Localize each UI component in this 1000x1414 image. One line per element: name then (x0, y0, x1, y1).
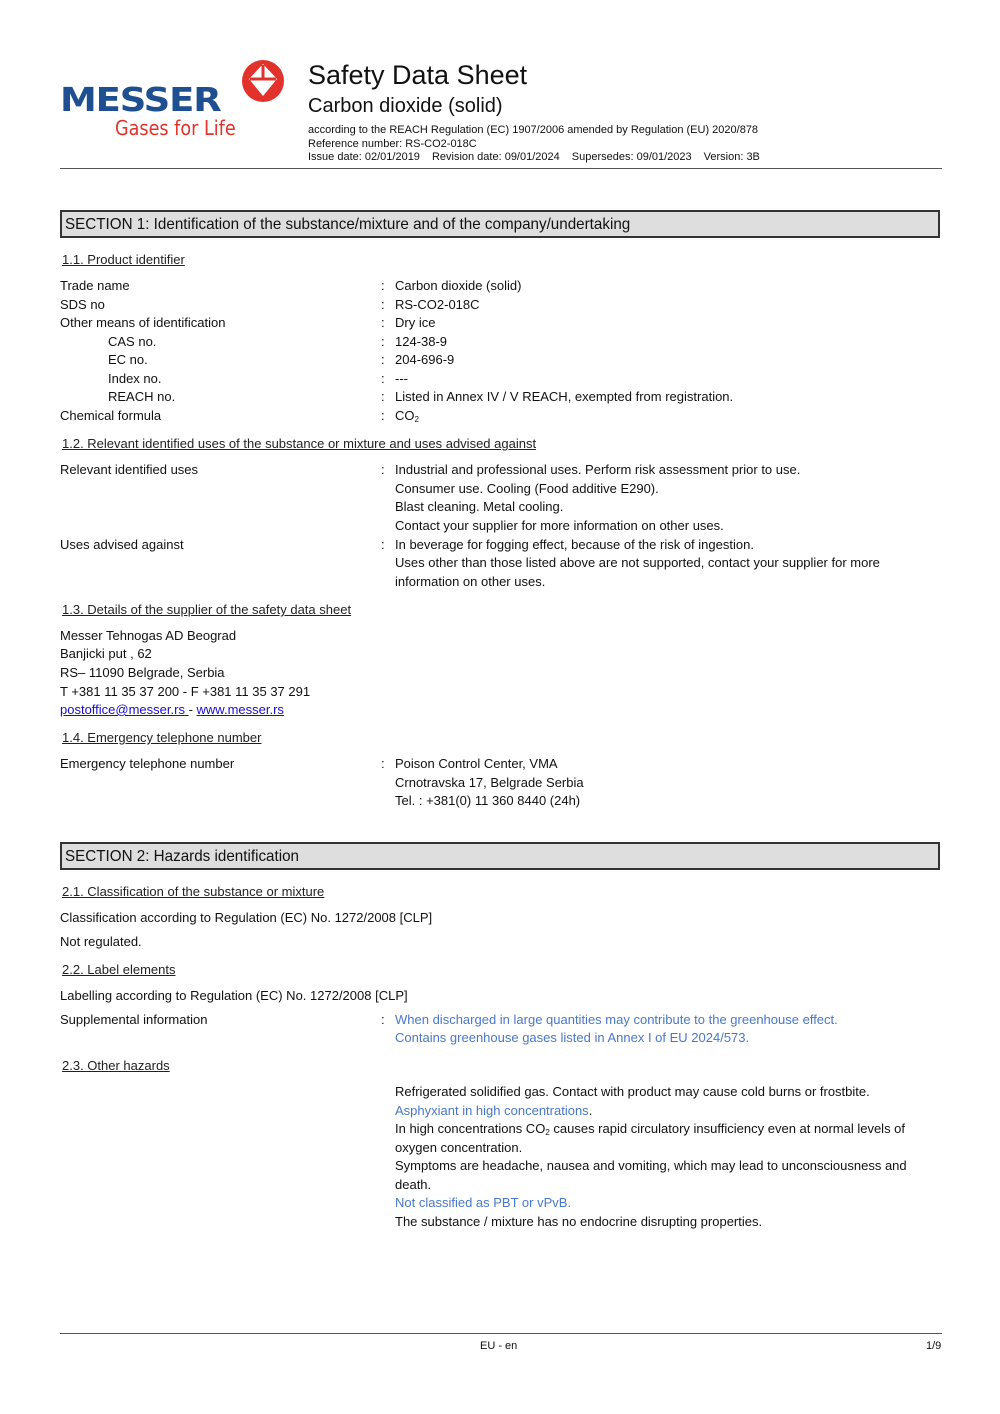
footer-locale: EU - en (480, 1340, 517, 1352)
supersedes: Supersedes: 09/01/2023 (572, 151, 692, 163)
other-hazards-line: Asphyxiant in high concentrations. (395, 1103, 592, 1118)
relevant-uses-label: Relevant identified uses (60, 462, 198, 477)
subsection-1-2-heading: 1.2. Relevant identified uses of the sub… (62, 436, 536, 451)
other-means-value: Dry ice (395, 315, 435, 330)
website-link[interactable]: www.messer.rs (197, 702, 284, 717)
subsection-2-2-heading: 2.2. Label elements (62, 962, 175, 977)
classification-regulation: Classification according to Regulation (… (60, 910, 432, 925)
chemical-formula-value: CO2 (395, 408, 419, 424)
regulation-line: according to the REACH Regulation (EC) 1… (308, 124, 760, 138)
dates-line: Issue date: 02/01/2019Revision date: 09/… (308, 151, 760, 165)
supplier-contacts: postoffice@messer.rs - www.messer.rs (60, 702, 284, 717)
cas-no-value: 124-38-9 (395, 334, 447, 349)
other-hazards-line: The substance / mixture has no endocrine… (395, 1214, 762, 1229)
logo-wordmark: MESSER (60, 80, 221, 119)
subsection-2-1-heading: 2.1. Classification of the substance or … (62, 884, 324, 899)
classification-result: Not regulated. (60, 934, 142, 949)
cas-no-label: CAS no. (108, 334, 156, 349)
document-meta: according to the REACH Regulation (EC) 1… (308, 124, 760, 165)
issue-date: Issue date: 02/01/2019 (308, 151, 420, 163)
supplier-city: RS– 11090 Belgrade, Serbia (60, 665, 225, 680)
other-hazards-line: In high concentrations CO2 causes rapid … (395, 1121, 905, 1137)
logo-tagline: Gases for Life (115, 116, 236, 140)
section-2-header: SECTION 2: Hazards identification (60, 842, 940, 870)
emergency-line: Crnotravska 17, Belgrade Serbia (395, 775, 584, 790)
reach-no-value: Listed in Annex IV / V REACH, exempted f… (395, 389, 733, 404)
relevant-uses-line: Blast cleaning. Metal cooling. (395, 499, 563, 514)
other-hazards-line: death. (395, 1177, 431, 1192)
index-no-label: Index no. (108, 371, 162, 386)
labelling-regulation: Labelling according to Regulation (EC) N… (60, 988, 408, 1003)
page-number: 1/9 (926, 1340, 941, 1352)
other-hazards-line: Not classified as PBT or vPvB. (395, 1195, 571, 1210)
sds-no-value: RS-CO2-018C (395, 297, 480, 312)
index-no-value: --- (395, 371, 408, 386)
supplemental-info-label: Supplemental information (60, 1012, 207, 1027)
supplier-phone-fax: T +381 11 35 37 200 - F +381 11 35 37 29… (60, 684, 310, 699)
supplemental-info-line: When discharged in large quantities may … (395, 1012, 838, 1027)
subsection-1-3-heading: 1.3. Details of the supplier of the safe… (62, 602, 351, 617)
uses-advised-against-line: In beverage for fogging effect, because … (395, 537, 754, 552)
relevant-uses-line: Industrial and professional uses. Perfor… (395, 462, 800, 477)
subsection-1-4-heading: 1.4. Emergency telephone number (62, 730, 261, 745)
other-hazards-line: oxygen concentration. (395, 1140, 522, 1155)
section-1-header: SECTION 1: Identification of the substan… (60, 210, 940, 238)
product-name: Carbon dioxide (solid) (308, 95, 503, 118)
messer-logo: MESSER Gases for Life (60, 58, 290, 142)
revision-date: Revision date: 09/01/2024 (432, 151, 560, 163)
trade-name-value: Carbon dioxide (solid) (395, 278, 521, 293)
supplemental-info-line: Contains greenhouse gases listed in Anne… (395, 1030, 749, 1045)
uses-advised-against-line: Uses other than those listed above are n… (395, 555, 880, 570)
header-divider (60, 168, 942, 169)
subsection-1-1-heading: 1.1. Product identifier (62, 252, 185, 267)
relevant-uses-line: Consumer use. Cooling (Food additive E29… (395, 481, 659, 496)
emergency-line: Tel. : +381(0) 11 360 8440 (24h) (395, 793, 580, 808)
messer-diamond-logo-icon (240, 58, 286, 104)
emergency-phone-label: Emergency telephone number (60, 756, 234, 771)
uses-advised-against-label: Uses advised against (60, 537, 184, 552)
reach-no-label: REACH no. (108, 389, 175, 404)
other-hazards-line: Refrigerated solidified gas. Contact wit… (395, 1084, 870, 1099)
version: Version: 3B (704, 151, 760, 163)
footer-divider (60, 1333, 942, 1334)
uses-advised-against-line: information on other uses. (395, 574, 545, 589)
document-title: Safety Data Sheet (308, 60, 527, 91)
other-means-label: Other means of identification (60, 315, 225, 330)
relevant-uses-line: Contact your supplier for more informati… (395, 518, 724, 533)
chemical-formula-label: Chemical formula (60, 408, 161, 423)
emergency-line: Poison Control Center, VMA (395, 756, 558, 771)
email-link[interactable]: postoffice@messer.rs (60, 702, 189, 717)
supplier-name: Messer Tehnogas AD Beograd (60, 628, 236, 643)
reference-number: Reference number: RS-CO2-018C (308, 138, 760, 152)
trade-name-label: Trade name (60, 278, 130, 293)
supplier-street: Banjicki put , 62 (60, 646, 152, 661)
ec-no-label: EC no. (108, 352, 148, 367)
other-hazards-line: Symptoms are headache, nausea and vomiti… (395, 1158, 907, 1173)
sds-no-label: SDS no (60, 297, 105, 312)
subsection-2-3-heading: 2.3. Other hazards (62, 1058, 170, 1073)
ec-no-value: 204-696-9 (395, 352, 454, 367)
